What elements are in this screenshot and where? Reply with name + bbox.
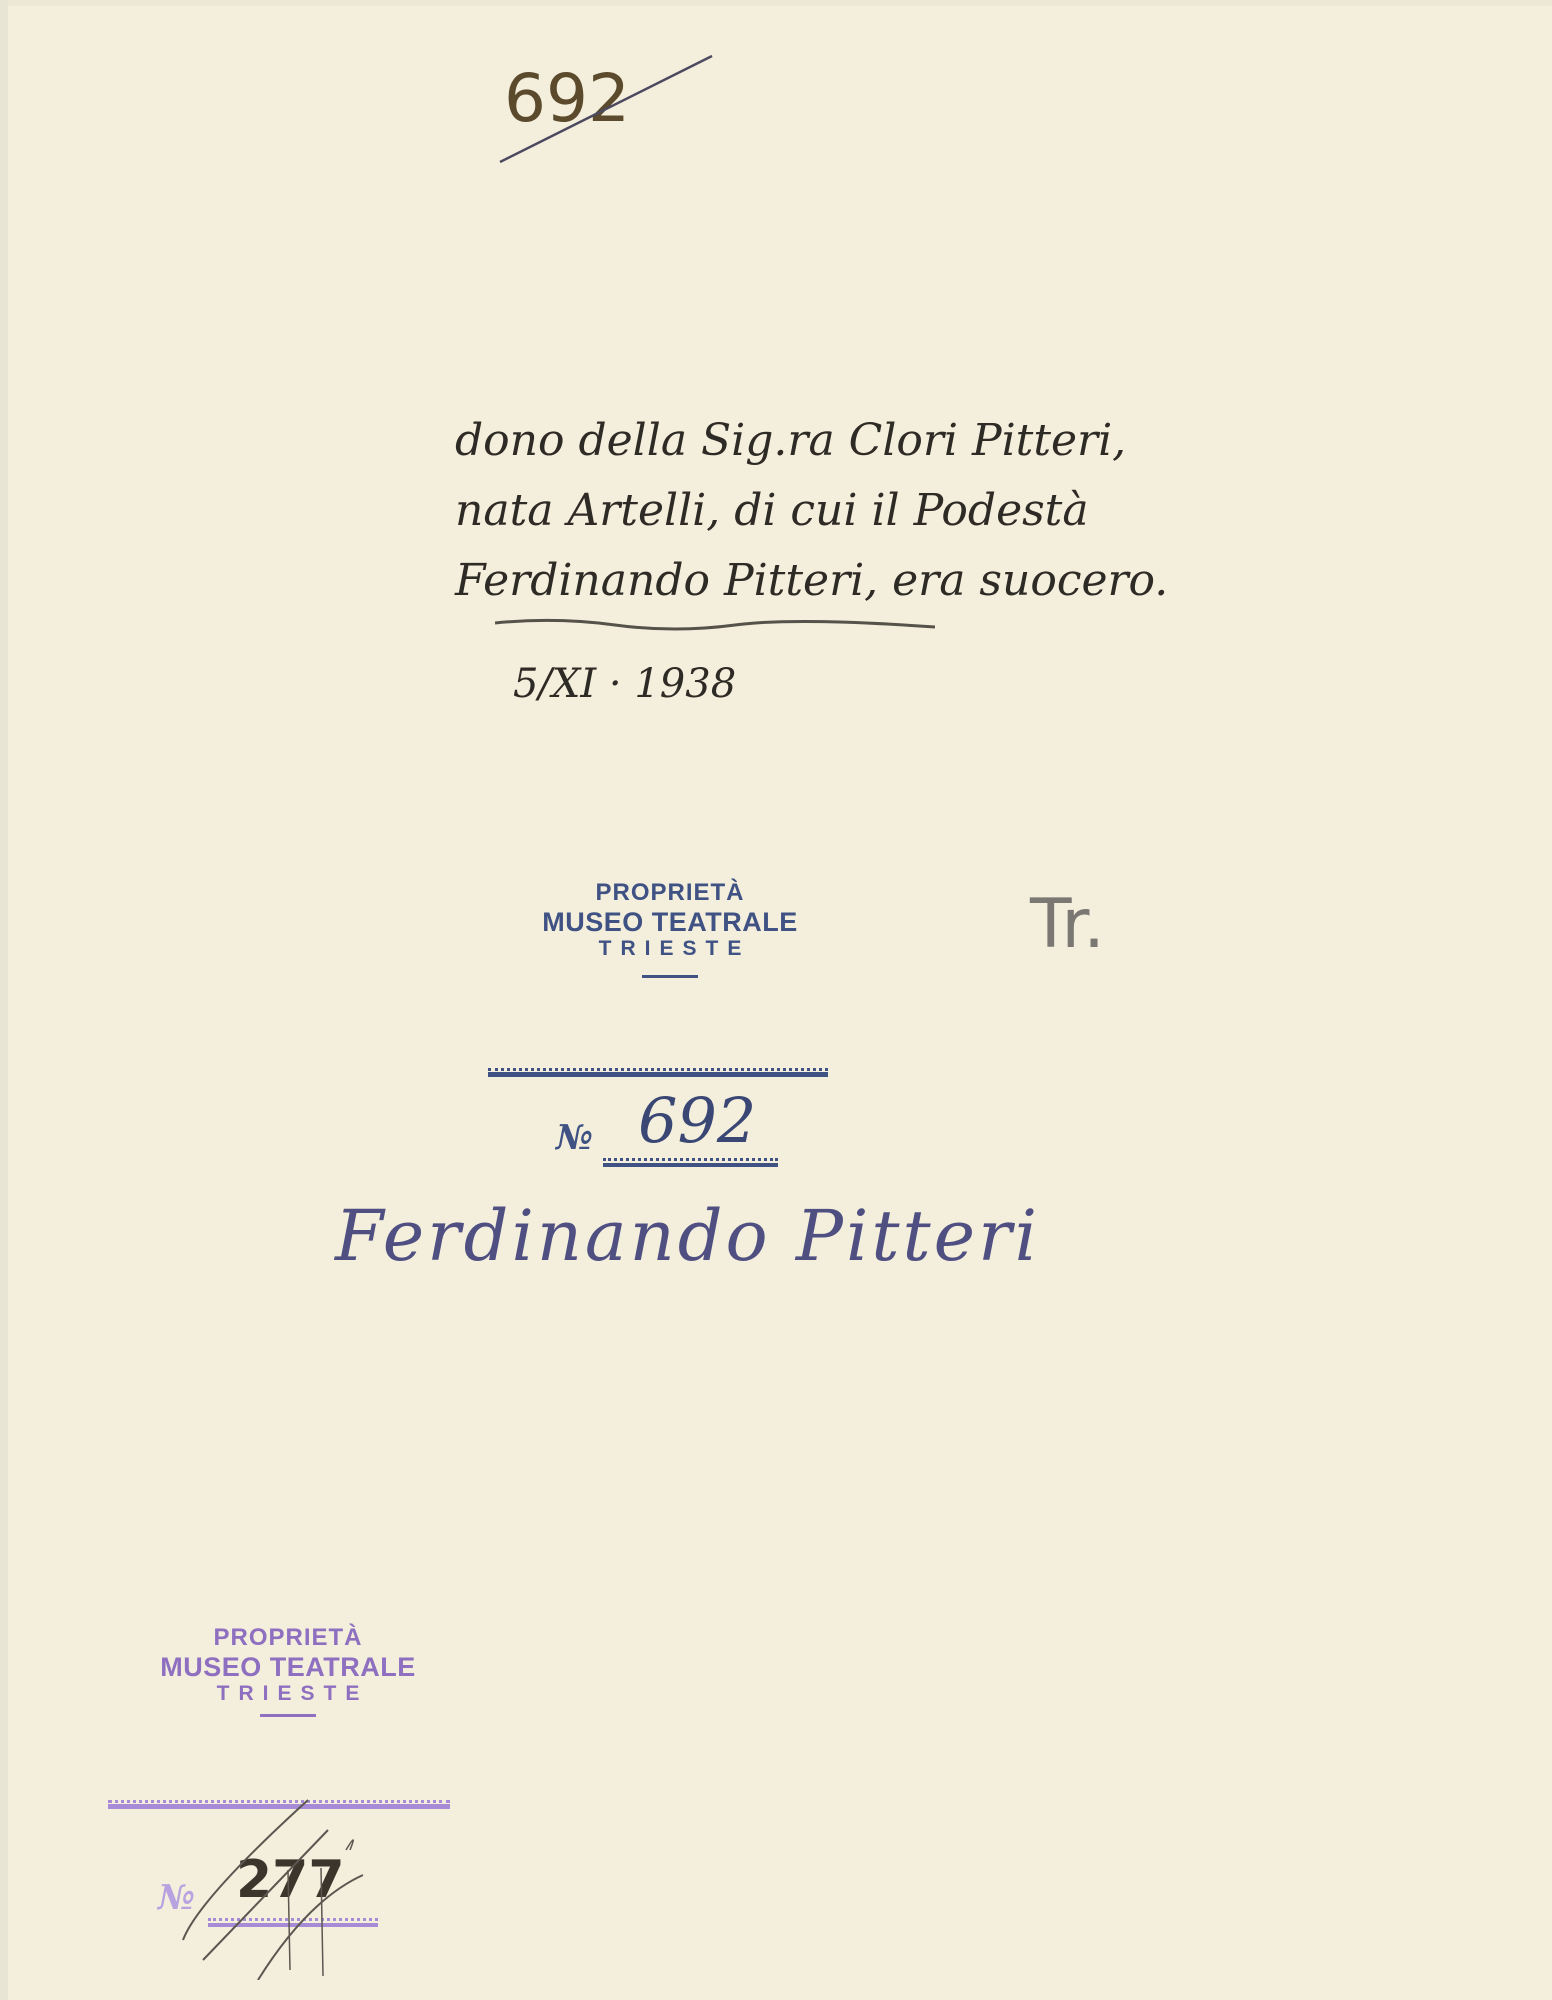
stamp-bar (642, 975, 698, 978)
inscription-line-1: dono della Sig.ra Clori Pitteri, (455, 415, 1255, 485)
inscription: dono della Sig.ra Clori Pitteri, nata Ar… (455, 415, 1255, 707)
underline-squiggle (495, 615, 935, 633)
dotted-rule (488, 1068, 828, 1071)
signature-name: Ferdinando Pitteri (335, 1195, 1040, 1277)
inscription-date: 5/XI · 1938 (513, 661, 1255, 707)
stamp-line-3: TRIESTE (138, 1682, 438, 1706)
stamp-line-3: TRIESTE (505, 937, 835, 961)
inscription-line-2: nata Artelli, di cui il Podestà (455, 485, 1255, 555)
pencil-mark: Tr. (1030, 885, 1105, 964)
stamp-museo-teatrale-purple: PROPRIETÀ MUSEO TEATRALE TRIESTE (138, 1625, 438, 1717)
strike-lines (108, 1790, 458, 1980)
number-box-blue: № 692 (488, 1068, 833, 1178)
stamp-line-2: MUSEO TEATRALE (505, 907, 835, 937)
inscription-line-3: Ferdinando Pitteri, era suocero. (455, 555, 1255, 615)
stamp-museo-teatrale-blue: PROPRIETÀ MUSEO TEATRALE TRIESTE (505, 880, 835, 978)
top-number-block: 692 (490, 50, 730, 170)
numero-sign: № (556, 1118, 593, 1158)
solid-rule-short (603, 1163, 778, 1167)
stamp-bar (260, 1714, 316, 1717)
solid-rule (488, 1072, 828, 1077)
strike-line (490, 50, 730, 170)
stamp-line-1: PROPRIETÀ (138, 1625, 438, 1652)
stamp-line-2: MUSEO TEATRALE (138, 1652, 438, 1682)
number-value: 692 (638, 1084, 756, 1157)
dotted-rule-short (603, 1158, 778, 1161)
number-box-purple: № 277 (108, 1800, 458, 1970)
stamp-line-1: PROPRIETÀ (505, 880, 835, 907)
